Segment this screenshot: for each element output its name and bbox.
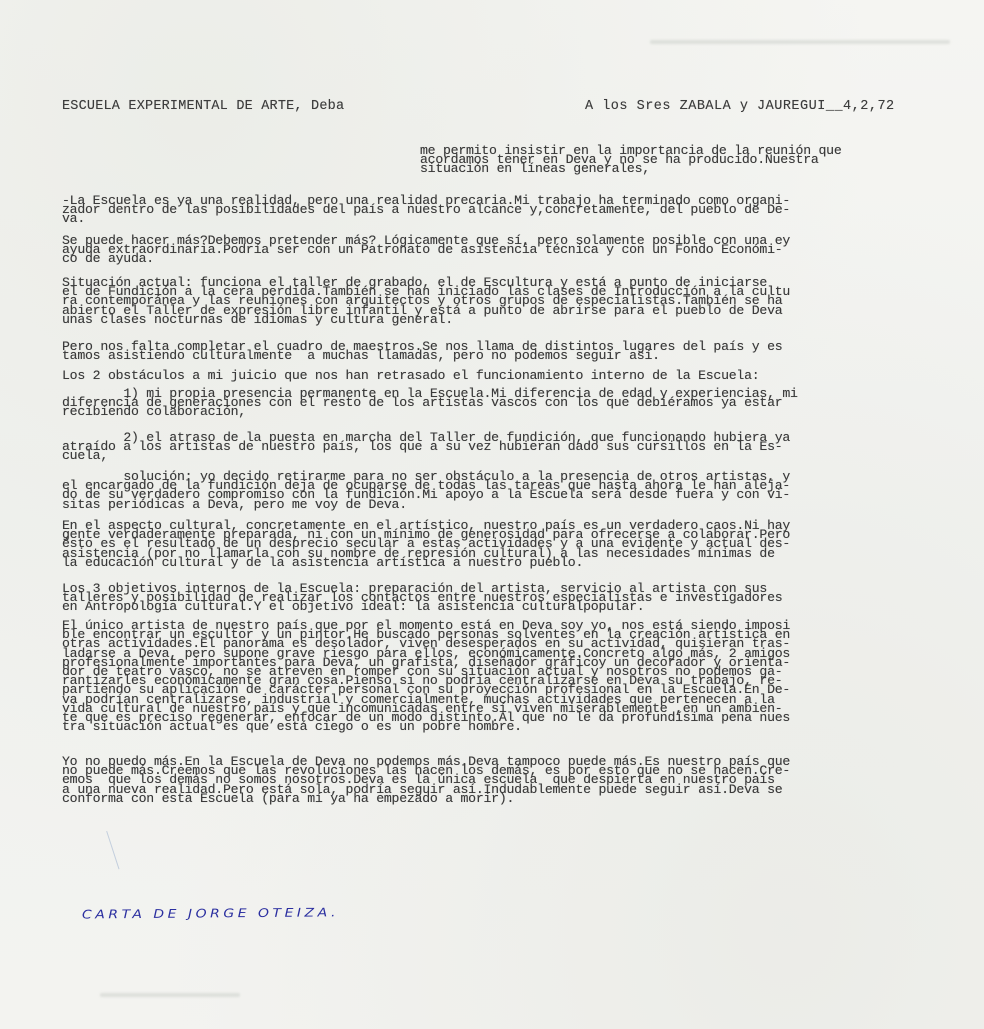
paragraph-two-obstacles: Los 2 obstáculos a mi juicio que nos han… <box>62 371 942 380</box>
paragraph-three-objectives: Los 3 objetivos internos de la Escuela: … <box>62 584 942 612</box>
sender-header: ESCUELA EXPERIMENTAL DE ARTE, Deba <box>62 99 344 114</box>
intro-paragraph: me permito insistir en la importancia de… <box>420 146 940 174</box>
show-through-mark <box>100 993 240 997</box>
paragraph-obstacle-1: 1) mi propia presencia permanente en la … <box>62 389 942 417</box>
paragraph-school-reality: -La Escuela es ya una realidad, pero una… <box>62 196 942 224</box>
paragraph-can-we-do-more: Se puede hacer más?Debemos pretender más… <box>62 236 942 264</box>
paragraph-obstacle-2: 2) el atraso de la puesta en marcha del … <box>62 433 942 461</box>
paragraph-cultural-aspect: En el aspecto cultural, concretamente en… <box>62 521 942 567</box>
handwritten-annotation: CARTA DE JORGE OTEIZA. <box>82 906 339 922</box>
paragraph-current-situation: Situación actual: funciona el taller de … <box>62 278 942 324</box>
recipient-date-header: A los Sres ZABALA y JAUREGUI__4,2,72 <box>585 99 895 114</box>
show-through-mark <box>650 40 950 44</box>
paragraph-solution: solución: yo decido retirarme para no se… <box>62 472 942 509</box>
paragraph-closing: Yo no puedo más.En la Escuela de Deva no… <box>62 757 942 803</box>
paragraph-only-artist: El único artista de nuestro país que por… <box>62 621 942 731</box>
paragraph-missing-teachers: Pero nos falta completar el cuadro de ma… <box>62 342 942 360</box>
